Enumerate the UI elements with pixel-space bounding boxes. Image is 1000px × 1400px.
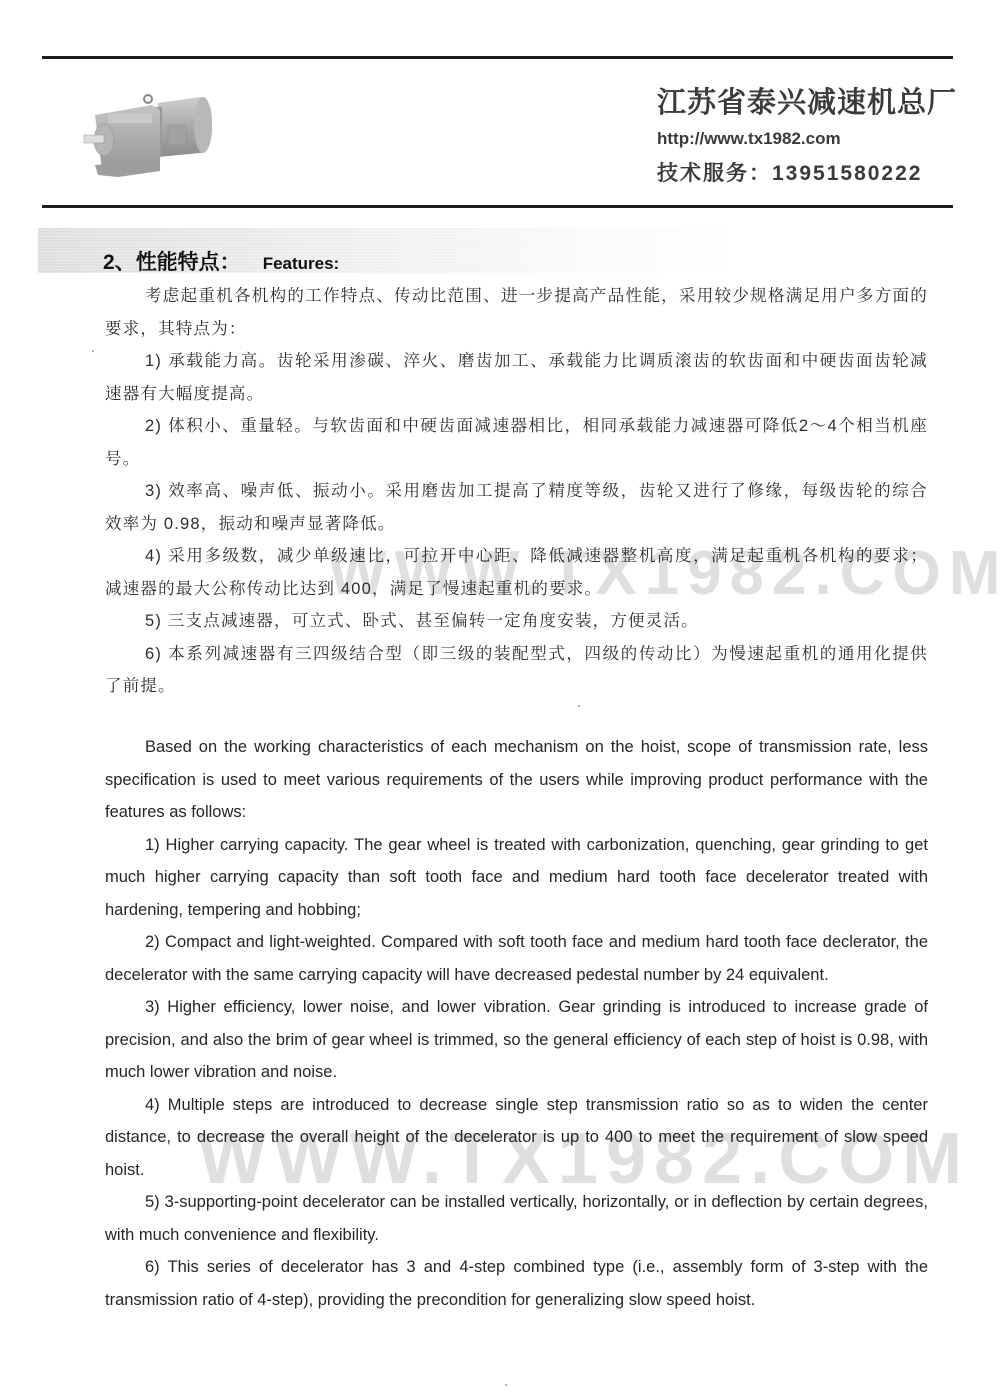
en-intro-paragraph: Based on the working characteristics of … (105, 731, 928, 829)
cn-feature-3: 3) 效率高、噪声低、振动小。采用磨齿加工提高了精度等级，齿轮又进行了修缘，每级… (105, 475, 928, 540)
header-top-rule (42, 56, 953, 59)
section-title: 2、性能特点：Features: (103, 246, 339, 276)
cn-feature-2: 2) 体积小、重量轻。与软齿面和中硬齿面减速器相比，相同承载能力减速器可降低2～… (105, 410, 928, 475)
en-feature-4: 4) Multiple steps are introduced to decr… (105, 1089, 928, 1187)
scan-speck (578, 705, 580, 707)
en-feature-3: 3) Higher efficiency, lower noise, and l… (105, 991, 928, 1089)
scan-speck (92, 350, 94, 352)
section-number: 2、 (103, 251, 136, 274)
en-feature-6: 6) This series of decelerator has 3 and … (105, 1251, 928, 1316)
cn-intro-paragraph: 考虑起重机各机构的工作特点、传动比范围、进一步提高产品性能，采用较少规格满足用户… (105, 280, 928, 345)
gear-motor-image (40, 85, 215, 185)
en-feature-2: 2) Compact and light-weighted. Compared … (105, 926, 928, 991)
cn-feature-1: 1) 承载能力高。齿轮采用渗碳、淬火、磨齿加工、承载能力比调质滚齿的软齿面和中硬… (105, 345, 928, 410)
tech-service-line: 技术服务：13951580222 (657, 157, 952, 187)
company-name: 江苏省泰兴减速机总厂 (657, 80, 952, 121)
header-bottom-rule (42, 205, 953, 208)
english-features-text: Based on the working characteristics of … (105, 731, 928, 1316)
en-feature-5: 5) 3-supporting-point decelerator can be… (105, 1186, 928, 1251)
scan-speck (505, 1384, 507, 1386)
en-feature-1: 1) Higher carrying capacity. The gear wh… (105, 829, 928, 927)
cn-feature-6: 6) 本系列减速器有三四级结合型（即三级的装配型式，四级的传动比）为慢速起重机的… (105, 638, 928, 703)
tech-service-label: 技术服务： (657, 162, 772, 185)
cn-feature-5: 5) 三支点减速器，可立式、卧式、甚至偏转一定角度安装，方便灵活。 (105, 605, 928, 638)
section-title-en: Features: (263, 254, 340, 273)
company-info: 江苏省泰兴减速机总厂 http://www.tx1982.com 技术服务：13… (657, 80, 952, 187)
cn-feature-4: 4) 采用多级数，减少单级速比，可拉开中心距、降低减速器整机高度，满足起重机各机… (105, 540, 928, 605)
company-url-link[interactable]: http://www.tx1982.com (657, 129, 952, 149)
chinese-features-text: 考虑起重机各机构的工作特点、传动比范围、进一步提高产品性能，采用较少规格满足用户… (105, 280, 928, 703)
tech-service-phone: 13951580222 (772, 162, 922, 185)
section-title-cn: 性能特点： (136, 251, 241, 274)
